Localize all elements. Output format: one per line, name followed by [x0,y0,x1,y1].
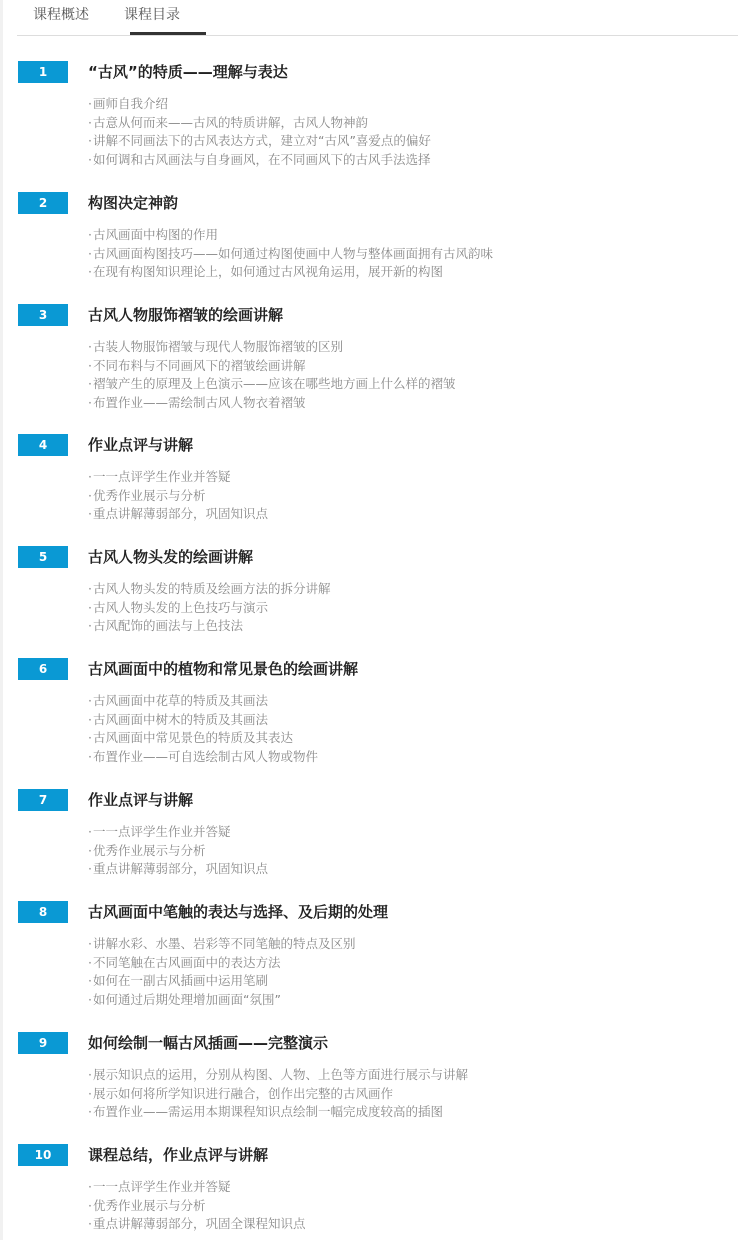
chapter-number-badge: 1 [18,61,68,83]
tab-course-catalog[interactable]: 课程目录 [124,6,180,24]
chapter-topic-item: 不同布料与不同画风下的褶皱绘画讲解 [88,357,456,376]
chapter-number-badge: 3 [18,304,68,326]
chapter-topic-item: 古风画面中树木的特质及其画法 [88,711,318,730]
chapter-topic-list: 古风画面中构图的作用古风画面构图技巧——如何通过构图使画中人物与整体画面拥有古风… [88,226,493,282]
tab-bar: 课程概述 课程目录 [17,0,738,36]
chapter-topic-item: 重点讲解薄弱部分，巩固知识点 [88,860,268,879]
chapter-topic-item: 展示知识点的运用，分别从构图、人物、上色等方面进行展示与讲解 [88,1066,468,1085]
chapter-topic-list: 画师自我介绍古意从何而来——古风的特质讲解，古风人物神韵讲解不同画法下的古风表达… [88,95,431,170]
chapter-topic-list: 一一点评学生作业并答疑优秀作业展示与分析重点讲解薄弱部分，巩固知识点 [88,468,268,524]
chapter-topic-item: 优秀作业展示与分析 [88,487,268,506]
chapter-title: 古风画面中的植物和常见景色的绘画讲解 [88,658,358,680]
chapter-topic-item: 古风画面构图技巧——如何通过构图使画中人物与整体画面拥有古风韵味 [88,245,493,264]
chapter-topic-item: 一一点评学生作业并答疑 [88,823,268,842]
chapter-topic-item: 如何通过后期处理增加画面“氛围” [88,991,356,1010]
chapter-topic-item: 一一点评学生作业并答疑 [88,1178,306,1197]
chapter-title: 古风人物头发的绘画讲解 [88,546,253,568]
chapter-topic-item: 讲解水彩、水墨、岩彩等不同笔触的特点及区别 [88,935,356,954]
chapter-topic-item: 布置作业——需绘制古风人物衣着褶皱 [88,394,456,413]
chapter-topic-item: 不同笔触在古风画面中的表达方法 [88,954,356,973]
chapter-topic-item: 重点讲解薄弱部分，巩固知识点 [88,505,268,524]
chapter-title: 如何绘制一幅古风插画——完整演示 [88,1032,328,1054]
chapter-topic-item: 褶皱产生的原理及上色演示——应该在哪些地方画上什么样的褶皱 [88,375,456,394]
chapter-topic-item: 优秀作业展示与分析 [88,1197,306,1216]
chapter-title: 构图决定神韵 [88,192,178,214]
chapter-topic-list: 古风画面中花草的特质及其画法古风画面中树木的特质及其画法古风画面中常见景色的特质… [88,692,318,767]
chapter-topic-item: 在现有构图知识理论上，如何通过古风视角运用，展开新的构图 [88,263,493,282]
chapter-topic-item: 讲解不同画法下的古风表达方式，建立对“古风”喜爱点的偏好 [88,132,431,151]
chapter-topic-list: 古风人物头发的特质及绘画方法的拆分讲解古风人物头发的上色技巧与演示古风配饰的画法… [88,580,331,636]
chapter-topic-list: 讲解水彩、水墨、岩彩等不同笔触的特点及区别不同笔触在古风画面中的表达方法如何在一… [88,935,356,1010]
chapter-topic-item: 如何调和古风画法与自身画风，在不同画风下的古风手法选择 [88,151,431,170]
chapter-title: 古风画面中笔触的表达与选择、及后期的处理 [88,901,388,923]
chapter-topic-item: 古风人物头发的上色技巧与演示 [88,599,331,618]
chapter-topic-item: 古风人物头发的特质及绘画方法的拆分讲解 [88,580,331,599]
chapter-number-badge: 4 [18,434,68,456]
chapter-number-badge: 7 [18,789,68,811]
chapter-title: 课程总结，作业点评与讲解 [88,1144,268,1166]
active-tab-indicator [130,32,206,35]
chapter-topic-item: 一一点评学生作业并答疑 [88,468,268,487]
chapter-topic-list: 古装人物服饰褶皱与现代人物服饰褶皱的区别不同布料与不同画风下的褶皱绘画讲解褶皱产… [88,338,456,413]
chapter-topic-item: 古风画面中构图的作用 [88,226,493,245]
chapter-topic-list: 一一点评学生作业并答疑优秀作业展示与分析重点讲解薄弱部分，巩固全课程知识点 [88,1178,306,1234]
chapter-topic-item: 画师自我介绍 [88,95,431,114]
chapter-topic-item: 古意从何而来——古风的特质讲解，古风人物神韵 [88,114,431,133]
chapter-topic-item: 古风画面中花草的特质及其画法 [88,692,318,711]
chapter-topic-item: 布置作业——需运用本期课程知识点绘制一幅完成度较高的插图 [88,1103,468,1122]
chapter-topic-list: 展示知识点的运用，分别从构图、人物、上色等方面进行展示与讲解展示如何将所学知识进… [88,1066,468,1122]
chapter-number-badge: 8 [18,901,68,923]
chapter-topic-item: 如何在一副古风插画中运用笔刷 [88,972,356,991]
chapter-topic-item: 优秀作业展示与分析 [88,842,268,861]
left-border [0,0,3,1240]
chapter-topic-list: 一一点评学生作业并答疑优秀作业展示与分析重点讲解薄弱部分，巩固知识点 [88,823,268,879]
chapter-number-badge: 6 [18,658,68,680]
chapter-number-badge: 5 [18,546,68,568]
tab-course-overview[interactable]: 课程概述 [33,6,89,24]
chapter-number-badge: 10 [18,1144,68,1166]
chapter-topic-item: 古风画面中常见景色的特质及其表达 [88,729,318,748]
chapter-title: 作业点评与讲解 [88,434,193,456]
chapter-topic-item: 重点讲解薄弱部分，巩固全课程知识点 [88,1215,306,1234]
chapter-topic-item: 布置作业——可自选绘制古风人物或物件 [88,748,318,767]
chapter-title: “古风”的特质——理解与表达 [88,61,288,83]
chapter-number-badge: 9 [18,1032,68,1054]
chapter-title: 古风人物服饰褶皱的绘画讲解 [88,304,283,326]
chapter-topic-item: 古装人物服饰褶皱与现代人物服饰褶皱的区别 [88,338,456,357]
chapter-topic-item: 展示如何将所学知识进行融合，创作出完整的古风画作 [88,1085,468,1104]
chapter-topic-item: 古风配饰的画法与上色技法 [88,617,331,636]
chapter-title: 作业点评与讲解 [88,789,193,811]
chapter-number-badge: 2 [18,192,68,214]
